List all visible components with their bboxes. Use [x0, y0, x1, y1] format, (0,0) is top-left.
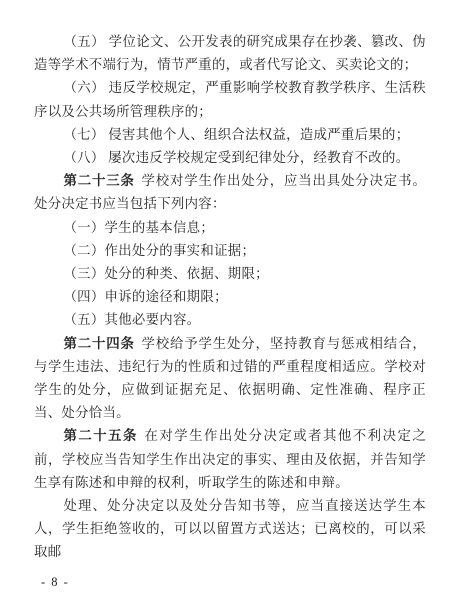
document-body: （五） 学位论文、公开发表的研究成果存在抄袭、篡改、伪造等学术不端行为，情节严重…	[34, 30, 426, 564]
paragraph-list-3: （三）处分的种类、依据、期限；	[34, 262, 426, 285]
paragraph-list-4: （四）申诉的途径和期限；	[34, 285, 426, 308]
paragraph-article-24: 第二十四条学校给予学生处分，坚持教育与惩戒相结合，与学生违法、违纪行为的性质和过…	[34, 332, 426, 425]
paragraph-text: （一）学生的基本信息；	[63, 220, 214, 235]
paragraph-text: 处理、处分决定以及处分告知书等，应当直接送达学生本人，学生拒绝签收的，可以以留置…	[34, 498, 426, 559]
article-number: 第二十五条	[63, 428, 137, 443]
article-number: 第二十四条	[63, 336, 134, 351]
paragraph-list-5: （五）其他必要内容。	[34, 308, 426, 331]
paragraph-article-25: 第二十五条在对学生作出处分决定或者其他不利决定之前，学校应当告知学生作出决定的事…	[34, 424, 426, 494]
paragraph-text: （五）其他必要内容。	[63, 312, 200, 327]
paragraph-item-7: （七） 侵害其他个人、组织合法权益，造成严重后果的；	[34, 123, 426, 146]
paragraph-text: （三）处分的种类、依据、期限；	[63, 266, 268, 281]
paragraph-text: （五） 学位论文、公开发表的研究成果存在抄袭、篡改、伪造等学术不端行为，情节严重…	[34, 34, 426, 72]
paragraph-text: （二）作出处分的事实和证据；	[63, 243, 255, 258]
paragraph-delivery: 处理、处分决定以及处分告知书等，应当直接送达学生本人，学生拒绝签收的，可以以留置…	[34, 494, 426, 564]
paragraph-list-2: （二）作出处分的事实和证据；	[34, 239, 426, 262]
paragraph-article-23: 第二十三条学校对学生作出处分，应当出具处分决定书。处分决定书应当包括下列内容：	[34, 169, 426, 215]
paragraph-text: （八） 屡次违反学校规定受到纪律处分，经教育不改的。	[63, 150, 409, 165]
paragraph-list-1: （一）学生的基本信息；	[34, 216, 426, 239]
article-number: 第二十三条	[63, 173, 134, 188]
paragraph-item-6: （六） 违反学校规定，严重影响学校教育教学秩序、生活秩序以及公共场所管理秩序的；	[34, 76, 426, 122]
paragraph-item-8: （八） 屡次违反学校规定受到纪律处分，经教育不改的。	[34, 146, 426, 169]
paragraph-text: （四）申诉的途径和期限；	[63, 289, 227, 304]
paragraph-text: （六） 违反学校规定，严重影响学校教育教学秩序、生活秩序以及公共场所管理秩序的；	[34, 80, 426, 118]
document-page: （五） 学位论文、公开发表的研究成果存在抄袭、篡改、伪造等学术不端行为，情节严重…	[0, 0, 459, 605]
page-number: - 8 -	[41, 575, 69, 590]
paragraph-item-5: （五） 学位论文、公开发表的研究成果存在抄袭、篡改、伪造等学术不端行为，情节严重…	[34, 30, 426, 76]
paragraph-text: （七） 侵害其他个人、组织合法权益，造成严重后果的；	[63, 127, 409, 142]
